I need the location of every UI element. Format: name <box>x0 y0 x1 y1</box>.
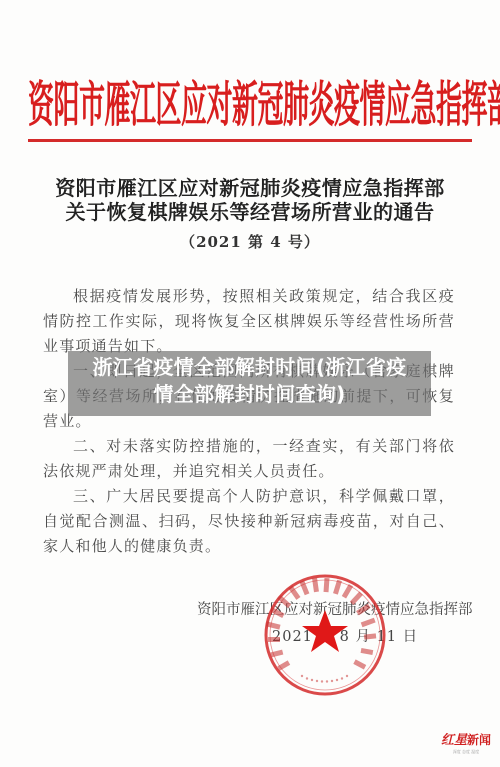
signature-organization: 资阳市雁江区应对新冠肺炎疫情应急指挥部 <box>197 600 473 620</box>
document-page: 资阳市雁江区应对新冠肺炎疫情应急指挥部 资阳市雁江区应对新冠肺炎疫情应急指挥部 … <box>0 0 500 767</box>
letterhead-rule <box>28 139 472 142</box>
overlay-title-line-1: 浙江省疫情全部解封时间(浙江省疫 <box>68 354 431 381</box>
notice-body: 根据疫情发展形势，按照相关政策规定，结合我区疫情防控工作实际，现将恢复全区棋牌娱… <box>43 284 455 559</box>
paragraph-item-2: 二、对未落实防控措施的，一经查实，有关部门将依法依规严肃处理，并追究相关人员责任… <box>43 434 455 484</box>
overlay-title-line-2: 情全部解封时间查询) <box>68 381 431 408</box>
article-title-overlay: 浙江省疫情全部解封时间(浙江省疫 情全部解封时间查询) <box>68 351 431 416</box>
watermark-logo: 红星新闻 <box>436 733 496 748</box>
red-letterhead: 资阳市雁江区应对新冠肺炎疫情应急指挥部 <box>28 54 472 158</box>
signature-date: 2021 年 8 月 11 日 <box>272 627 418 647</box>
watermark-tagline: 深度 态度 温度 <box>436 748 496 756</box>
document-number: （2021 第 4 号） <box>0 231 500 253</box>
notice-title-line-1: 资阳市雁江区应对新冠肺炎疫情应急指挥部 <box>0 176 500 200</box>
paragraph-item-3: 三、广大居民要提高个人防护意识，科学佩戴口罩，自觉配合测温、扫码，尽快接种新冠病… <box>43 484 455 559</box>
news-source-watermark: 红星新闻 深度 态度 温度 <box>436 733 496 761</box>
paragraph-intro: 根据疫情发展形势，按照相关政策规定，结合我区疫情防控工作实际，现将恢复全区棋牌娱… <box>43 284 455 359</box>
notice-title-line-2: 关于恢复棋牌娱乐等经营场所营业的通告 <box>0 200 500 224</box>
